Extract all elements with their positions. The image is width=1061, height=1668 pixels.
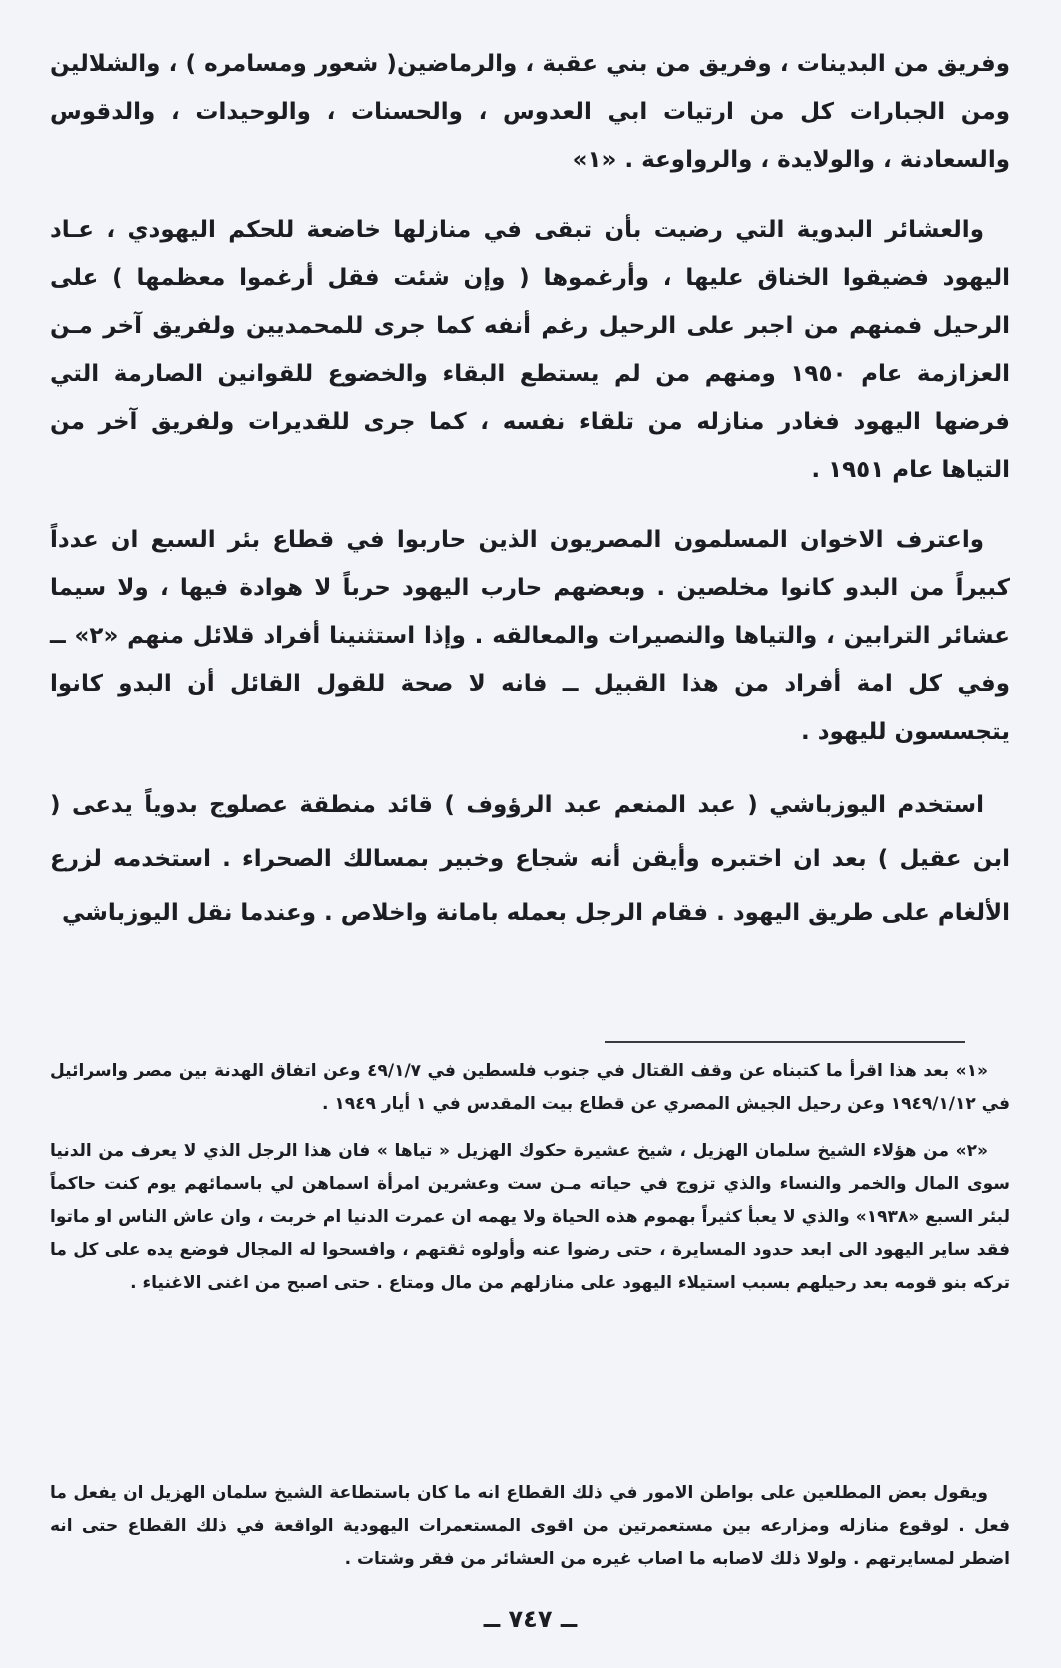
footnote-2: «٢» من هؤلاء الشيخ سلمان الهزيل ، شيخ عش… [50, 1135, 1010, 1300]
footnotes: «١» بعد هذا اقرأ ما كتبناه عن وقف القتال… [50, 1055, 1010, 1314]
footnote-1: «١» بعد هذا اقرأ ما كتبناه عن وقف القتال… [50, 1055, 1010, 1121]
note-paragraph: ويقول بعض المطلعين على بواطن الامور في ذ… [50, 1477, 1010, 1576]
paragraph-1: وفريق من البدينات ، وفريق من بني عقبة ، … [50, 40, 1010, 184]
paragraph-2: والعشائر البدوية التي رضيت بأن تبقى في م… [50, 206, 1010, 494]
paragraph-4: استخدم اليوزباشي ( عبد المنعم عبد الرؤوف… [50, 778, 1010, 940]
main-text: وفريق من البدينات ، وفريق من بني عقبة ، … [50, 40, 1010, 962]
paragraph-3: واعترف الاخوان المسلمون المصريون الذين ح… [50, 516, 1010, 756]
page-number: ــ ٧٤٧ ــ [0, 1605, 1061, 1633]
footnote-divider [605, 1041, 965, 1043]
